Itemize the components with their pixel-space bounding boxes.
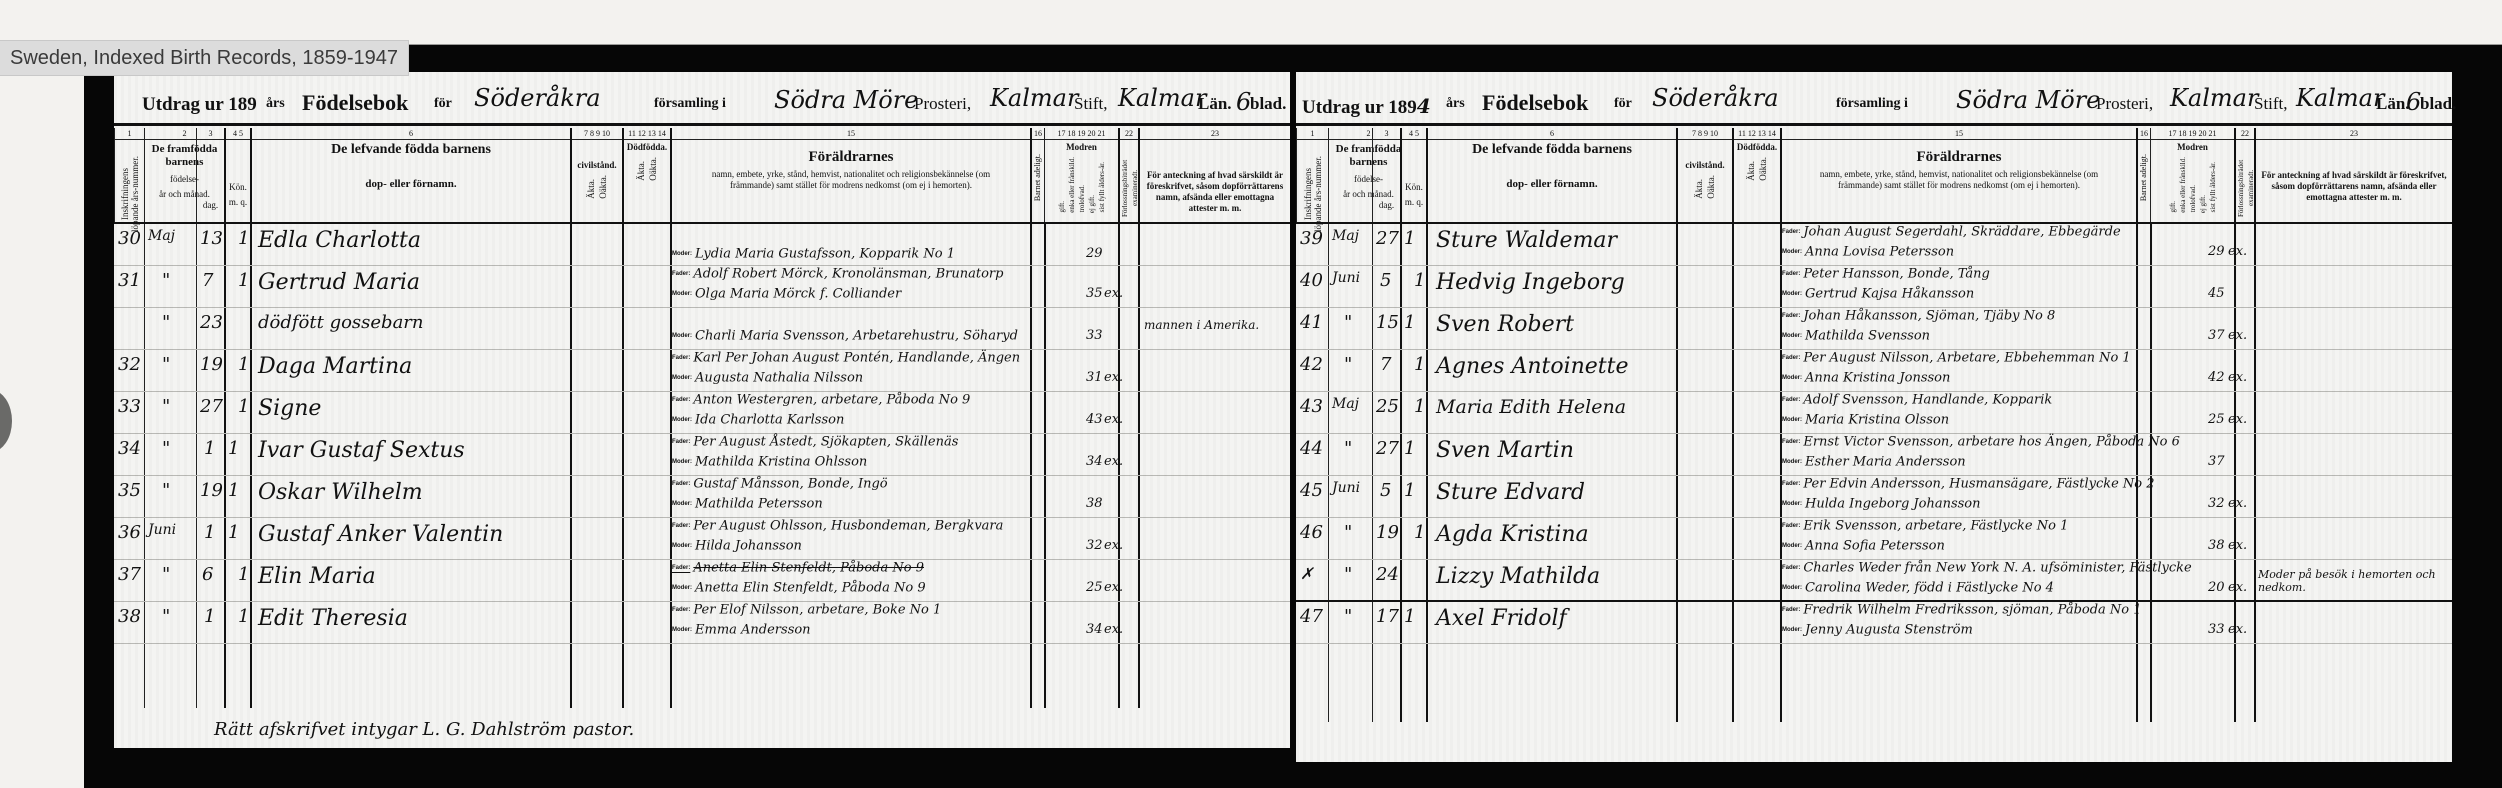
title-sheet: 6 [1236, 88, 1251, 116]
collection-title-label: Sweden, Indexed Birth Records, 1859-1947 [0, 40, 409, 76]
col-day: 3dag. [196, 128, 224, 222]
record-row[interactable]: 42 " 7 1 Agnes Antoinette Fader:Per Augu… [1296, 350, 2452, 392]
title-blad: blad. [1250, 94, 1286, 114]
col-entry-number: 1Inskrifningens löpande års-nummer. [114, 128, 144, 222]
title-ars: års [266, 96, 285, 112]
previous-image-button[interactable] [0, 390, 12, 452]
record-row[interactable]: 39 Maj 27 1 Sture Waldemar Fader:Johan A… [1296, 224, 2452, 266]
title-prosteri: Prosteri, [914, 94, 971, 114]
record-row[interactable]: 32 " 19 1 Daga Martina Fader:Karl Per Jo… [114, 350, 1290, 392]
register-header: 1Inskrifningens löpande års-nummer. 2De … [114, 128, 1290, 224]
register-rows: 39 Maj 27 1 Sture Waldemar Fader:Johan A… [1296, 224, 2452, 722]
title-for: för [434, 96, 452, 112]
col-stillborn: 11 12 13 14Dödfödda.Äkta. Oäkta. [622, 128, 670, 222]
record-row[interactable]: ✗ " 24 Lizzy Mathilda Fader:Charles Wede… [1296, 560, 2452, 602]
record-row[interactable]: " 23 dödfött gossebarn Moder:Charli Mari… [114, 308, 1290, 350]
title-year: Utdrag ur 189 [1302, 97, 1417, 118]
record-row[interactable]: 40 Juni 5 1 Hedvig Ingeborg Fader:Peter … [1296, 266, 2452, 308]
title-forsamling: församling i [654, 96, 726, 112]
col-notes: 23För anteckning af hvad särskildt är fö… [1138, 128, 1290, 222]
record-row[interactable]: 30 Maj 13 1 Edla Charlotta Moder:Lydia M… [114, 224, 1290, 266]
title-diocese: Kalmar [990, 84, 1078, 112]
register-rows: 30 Maj 13 1 Edla Charlotta Moder:Lydia M… [114, 224, 1290, 708]
col-noble: 16Barnet adeligt. [1030, 128, 1044, 222]
page-title: Utdrag ur 1894 års Födelsebok för Söderå… [1296, 82, 2452, 126]
col-sex: 4 5Kön.m. q. [224, 128, 250, 222]
col-mother: 17 18 19 20 21Modrengift.enka eller från… [1044, 128, 1118, 222]
record-row[interactable]: 31 " 7 1 Gertrud Maria Fader:Adolf Rober… [114, 266, 1290, 308]
record-row[interactable]: 43 Maj 25 1 Maria Edith Helena Fader:Ado… [1296, 392, 2452, 434]
title-county: Kalmar [1118, 84, 1206, 112]
record-row[interactable]: 34 " 1 1 Ivar Gustaf Sextus Fader:Per Au… [114, 434, 1290, 476]
image-viewer: Sweden, Indexed Birth Records, 1859-1947… [0, 0, 2502, 788]
image-top-edge [84, 44, 2502, 45]
title-lan: Län. [1198, 94, 1232, 114]
record-row[interactable]: 45 Juni 5 1 Sture Edvard Fader:Per Edvin… [1296, 476, 2452, 518]
record-row[interactable]: 47 " 17 1 Axel Fridolf Fader:Fredrik Wil… [1296, 602, 2452, 644]
record-row[interactable]: 38 " 1 1 Edit Theresia Fader:Per Elof Ni… [114, 602, 1290, 644]
record-row[interactable]: 33 " 27 1 Signe Fader:Anton Westergren, … [114, 392, 1290, 434]
page-title: Utdrag ur 189 års Födelsebok för Söderåk… [114, 82, 1290, 126]
title-deanery: Södra Möre [774, 86, 918, 114]
record-row[interactable]: 46 " 19 1 Agda Kristina Fader:Erik Svens… [1296, 518, 2452, 560]
record-row[interactable]: 44 " 27 1 Sven Martin Fader:Ernst Victor… [1296, 434, 2452, 476]
col-civil-status: 7 8 9 10civilstånd.Äkta. Oäkta. [570, 128, 622, 222]
title-parish: Söderåkra [474, 84, 601, 112]
title-book: Födelsebok [302, 90, 408, 116]
col-midwife: 22Förlossningsbiträdet examineradt. [1118, 128, 1138, 222]
record-row[interactable]: 35 " 19 1 Oskar Wilhelm Fader:Gustaf Mån… [114, 476, 1290, 518]
register-header: 1Inskrifningens löpande års-nummer. 2De … [1296, 128, 2452, 224]
record-row[interactable]: 41 " 15 1 Sven Robert Fader:Johan Håkans… [1296, 308, 2452, 350]
right-register-page: Utdrag ur 1894 års Födelsebok för Söderå… [1296, 72, 2452, 762]
record-row[interactable]: 36 Juni 1 1 Gustaf Anker Valentin Fader:… [114, 518, 1290, 560]
title-year: Utdrag ur 189 [142, 94, 257, 115]
left-register-page: Utdrag ur 189 års Födelsebok för Söderåk… [114, 72, 1290, 748]
certification-note: Rätt afskrifvet intygar L. G. Dahlström … [214, 719, 634, 740]
title-stift: Stift, [1074, 94, 1108, 114]
record-image[interactable]: Utdrag ur 189 års Födelsebok för Söderåk… [84, 44, 2502, 788]
col-parents: 15Föräldrarnesnamn, embete, yrke, stånd,… [670, 128, 1030, 222]
record-row[interactable]: 37 " 6 1 Elin Maria Fader:Anetta Elin St… [114, 560, 1290, 602]
col-given-name: 6De lefvande födda barnensdop- eller för… [250, 128, 570, 222]
